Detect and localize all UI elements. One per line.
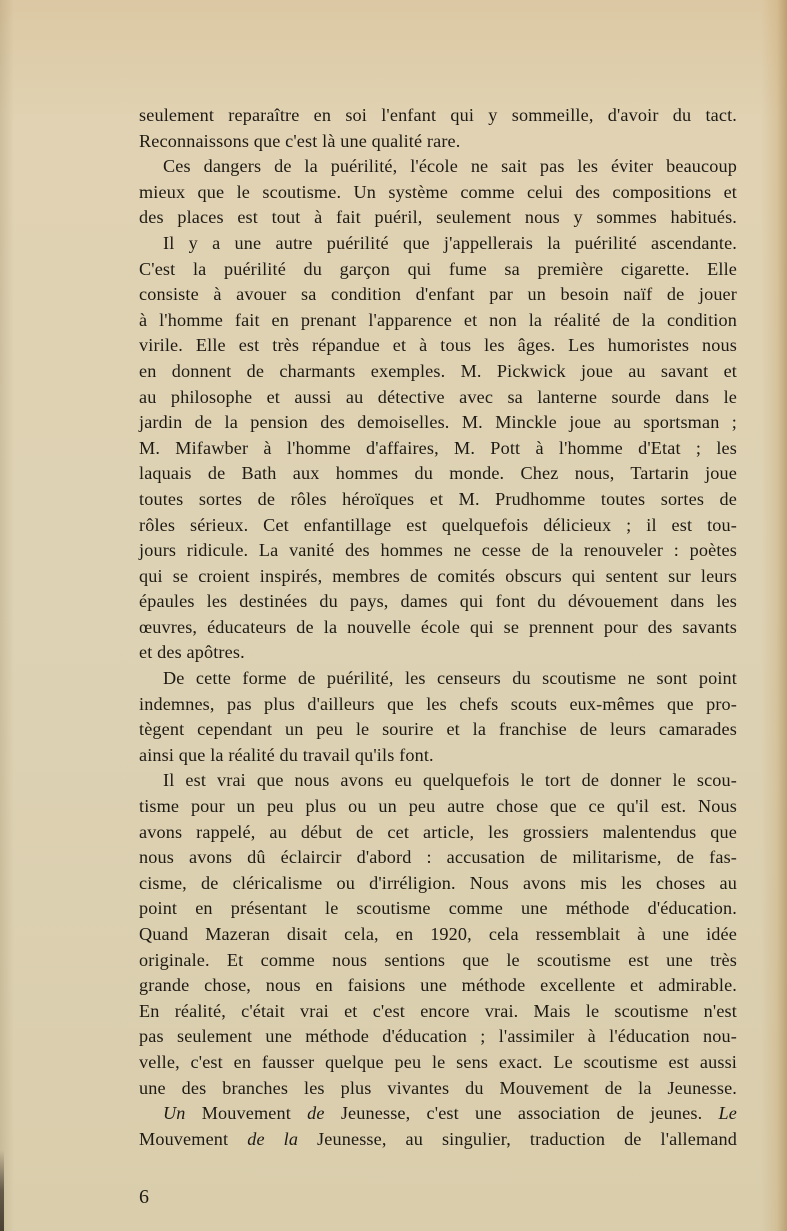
text-line: et des apôtres.	[139, 640, 737, 666]
text-line: M. Mifawber à l'homme d'affaires, M. Pot…	[139, 436, 737, 462]
text-line: nous avons dû éclaircir d'abord : accusa…	[139, 845, 737, 871]
italic-text: Le	[719, 1103, 738, 1123]
text-line: tisme pour un peu plus ou un peu autre c…	[139, 794, 737, 820]
text-span: Mouvement	[186, 1103, 308, 1123]
text-line: épaules les destinées du pays, dames qui…	[139, 589, 737, 615]
italic-text: Un	[163, 1103, 186, 1123]
body-text: seulement reparaître en soi l'enfant qui…	[139, 103, 737, 1152]
text-line: En réalité, c'était vrai et c'est encore…	[139, 999, 737, 1025]
text-line: laquais de Bath aux hommes du monde. Che…	[139, 461, 737, 487]
text-line: rôles sérieux. Cet enfantillage est quel…	[139, 513, 737, 539]
text-line: cisme, de cléricalisme ou d'irréligion. …	[139, 871, 737, 897]
text-line: virile. Elle est très répandue et à tous…	[139, 333, 737, 359]
text-line: Ces dangers de la puérilité, l'école ne …	[139, 154, 737, 180]
text-line: avons rappelé, au début de cet article, …	[139, 820, 737, 846]
text-line: Il y a une autre puérilité que j'appelle…	[139, 231, 737, 257]
text-line: une des branches les plus vivantes du Mo…	[139, 1076, 737, 1102]
text-line: consiste à avouer sa condition d'enfant …	[139, 282, 737, 308]
text-line: au philosophe et aussi au détective avec…	[139, 385, 737, 411]
text-line: De cette forme de puérilité, les censeur…	[139, 666, 737, 692]
text-line: originale. Et comme nous sentions que le…	[139, 948, 737, 974]
page-number: 6	[139, 1186, 149, 1209]
text-line: toutes sortes de rôles héroïques et M. P…	[139, 487, 737, 513]
text-line: seulement reparaître en soi l'enfant qui…	[139, 103, 737, 129]
text-line: jardin de la pension des demoiselles. M.…	[139, 410, 737, 436]
text-line: point en présentant le scoutisme comme u…	[139, 896, 737, 922]
text-line: grande chose, nous en faisions une métho…	[139, 973, 737, 999]
text-line: Il est vrai que nous avons eu quelquefoi…	[139, 768, 737, 794]
text-line: C'est la puérilité du garçon qui fume sa…	[139, 257, 737, 283]
page-edge-shadow	[0, 1150, 4, 1231]
text-span: Jeunesse, au singulier, traduction de l'…	[298, 1129, 737, 1149]
text-line: des places est tout à fait puéril, seule…	[139, 205, 737, 231]
text-line: ainsi que la réalité du travail qu'ils f…	[139, 743, 737, 769]
text-line: pas seulement une méthode d'éducation ; …	[139, 1024, 737, 1050]
text-line: à l'homme fait en prenant l'apparence et…	[139, 308, 737, 334]
text-span: Mouvement	[139, 1129, 247, 1149]
text-line: indemnes, pas plus d'ailleurs que les ch…	[139, 692, 737, 718]
text-line: en donnent de charmants exemples. M. Pic…	[139, 359, 737, 385]
text-line: Quand Mazeran disait cela, en 1920, cela…	[139, 922, 737, 948]
italic-text: de la	[247, 1129, 298, 1149]
paragraph-lines: seulement reparaître en soi l'enfant qui…	[139, 103, 737, 1101]
text-line: Un Mouvement de Jeunesse, c'est une asso…	[139, 1101, 737, 1127]
italic-text: de	[307, 1103, 324, 1123]
text-span: Jeunesse, c'est une association de jeune…	[325, 1103, 719, 1123]
text-line: œuvres, éducateurs de la nouvelle école …	[139, 615, 737, 641]
text-line: mieux que le scoutisme. Un système comme…	[139, 180, 737, 206]
text-line: Reconnaissons que c'est là une qualité r…	[139, 129, 737, 155]
text-line: Mouvement de la Jeunesse, au singulier, …	[139, 1127, 737, 1153]
text-line: qui se croient inspirés, membres de comi…	[139, 564, 737, 590]
text-line: tègent cependant un peu le sourire et la…	[139, 717, 737, 743]
text-line: velle, c'est en fausser quelque peu le s…	[139, 1050, 737, 1076]
text-line: jours ridicule. La vanité des hommes ne …	[139, 538, 737, 564]
